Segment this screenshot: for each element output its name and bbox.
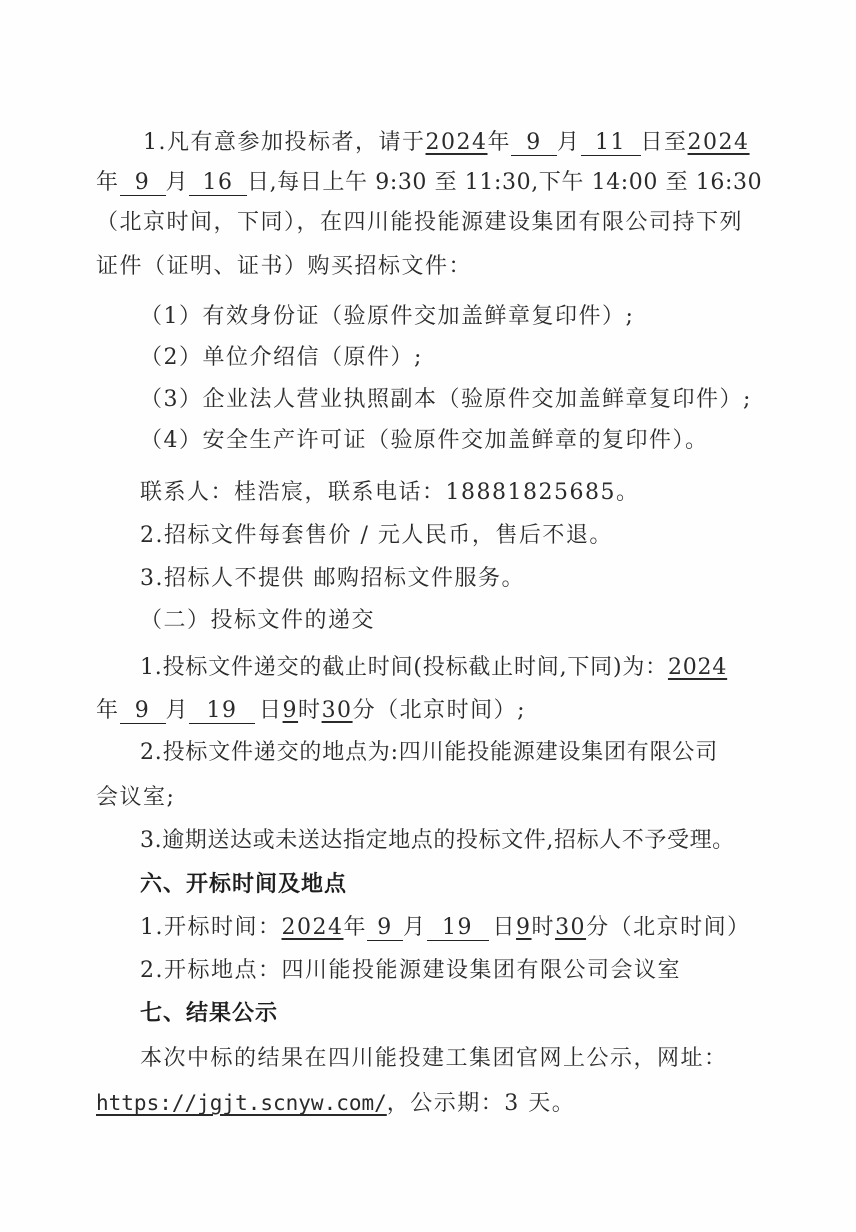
opening-month: 9	[367, 916, 403, 941]
month-label: 月	[403, 915, 427, 940]
result-publication-text: 本次中标的结果在四川能投建工集团官网上公示，网址：	[140, 1044, 785, 1074]
submission-year: 2024	[668, 655, 727, 680]
end-month-label: 月	[166, 170, 190, 195]
mail-order-text: 3.招标人不提供 邮购招标文件服务。	[140, 564, 785, 594]
submission-deadline-line-2: 年9月19日9时30分（北京时间）;	[96, 696, 741, 726]
minute-label: 分	[586, 915, 610, 940]
opening-minute: 30	[555, 915, 586, 940]
start-year: 2024	[426, 130, 488, 155]
submission-day: 19	[189, 699, 255, 724]
month-label: 月	[166, 698, 190, 723]
submission-location-line-1: 2.投标文件递交的地点为:四川能投能源建设集团有限公司	[140, 738, 785, 768]
document-page: 1.凡有意参加投标者，请于2024年9月11日至2024 年9月16日,每日上午…	[0, 0, 856, 1232]
end-day: 16	[189, 171, 247, 196]
purchase-location-line: （北京时间，下同），在四川能投能源建设集团有限公司持下列	[96, 208, 741, 238]
month-label: 月	[557, 130, 581, 155]
document-item-3: （3）企业法人营业执照副本（验原件交加盖鲜章复印件）;	[140, 385, 785, 415]
submission-deadline-line-1: 1.投标文件递交的截止时间(投标截止时间,下同)为：2024	[140, 653, 785, 683]
result-url-link[interactable]: https://jgjt.scnyw.com/	[96, 1091, 387, 1115]
opening-location-text: 2.开标地点：四川能投能源建设集团有限公司会议室	[140, 956, 785, 986]
end-year-label: 年	[96, 170, 120, 195]
publicity-period-text: ，公示期：3 天。	[387, 1091, 576, 1116]
start-month: 9	[511, 131, 557, 156]
document-price-text: 2.招标文件每套售价 / 元人民币，售后不退。	[140, 521, 785, 551]
document-item-4: （4）安全生产许可证（验原件交加盖鲜章的复印件）。	[140, 426, 785, 456]
hour-label: 时	[532, 915, 556, 940]
submission-deadline-label: 1.投标文件递交的截止时间(投标截止时间,下同)为：	[140, 655, 668, 680]
result-url-line: https://jgjt.scnyw.com/，公示期：3 天。	[96, 1088, 741, 1119]
result-heading: 七、结果公示	[140, 999, 785, 1029]
day-label: 日	[493, 915, 517, 940]
end-year: 2024	[688, 130, 750, 155]
document-item-1: （1）有效身份证（验原件交加盖鲜章复印件）;	[140, 302, 785, 332]
opening-time-label: 1.开标时间：	[140, 915, 282, 940]
day-label: 日	[259, 698, 283, 723]
submission-minute: 30	[322, 698, 353, 723]
contact-info: 联系人：桂浩宸，联系电话：18881825685。	[140, 478, 785, 508]
day-to-label: 日至	[641, 130, 688, 155]
timezone-note: （北京时间）;	[376, 698, 526, 723]
minute-label: 分	[353, 698, 377, 723]
opening-time-line: 1.开标时间：2024年9月19日9时30分（北京时间）	[140, 913, 785, 943]
purchase-documents-intro: 证件（证明、证书）购买招标文件：	[96, 252, 741, 282]
submission-month: 9	[120, 699, 166, 724]
opening-year: 2024	[282, 915, 344, 940]
year-label: 年	[96, 698, 120, 723]
document-item-2: （2）单位介绍信（原件）;	[140, 343, 785, 373]
opening-day: 19	[427, 916, 489, 941]
daily-hours-text: 日,每日上午 9:30 至 11:30,下午 14:00 至 16:30	[247, 170, 762, 195]
timezone-note: （北京时间）	[610, 915, 751, 940]
submission-hour: 9	[283, 698, 299, 723]
year-label: 年	[344, 915, 368, 940]
year-label: 年	[488, 130, 512, 155]
opening-heading: 六、开标时间及地点	[140, 870, 785, 900]
start-day: 11	[581, 131, 641, 156]
hour-label: 时	[298, 698, 322, 723]
purchase-period-line-2: 年9月16日,每日上午 9:30 至 11:30,下午 14:00 至 16:3…	[96, 168, 741, 198]
submission-location-line-2: 会议室;	[96, 783, 741, 813]
purchase-period-line-1: 1.凡有意参加投标者，请于2024年9月11日至2024	[143, 128, 788, 158]
late-submission-text: 3.逾期送达或未送达指定地点的投标文件,招标人不予受理。	[140, 826, 785, 856]
end-month: 9	[120, 171, 166, 196]
purchase-intro-text: 1.凡有意参加投标者，请于	[143, 130, 426, 155]
submission-heading: （二）投标文件的递交	[140, 606, 785, 636]
opening-hour: 9	[516, 915, 532, 940]
